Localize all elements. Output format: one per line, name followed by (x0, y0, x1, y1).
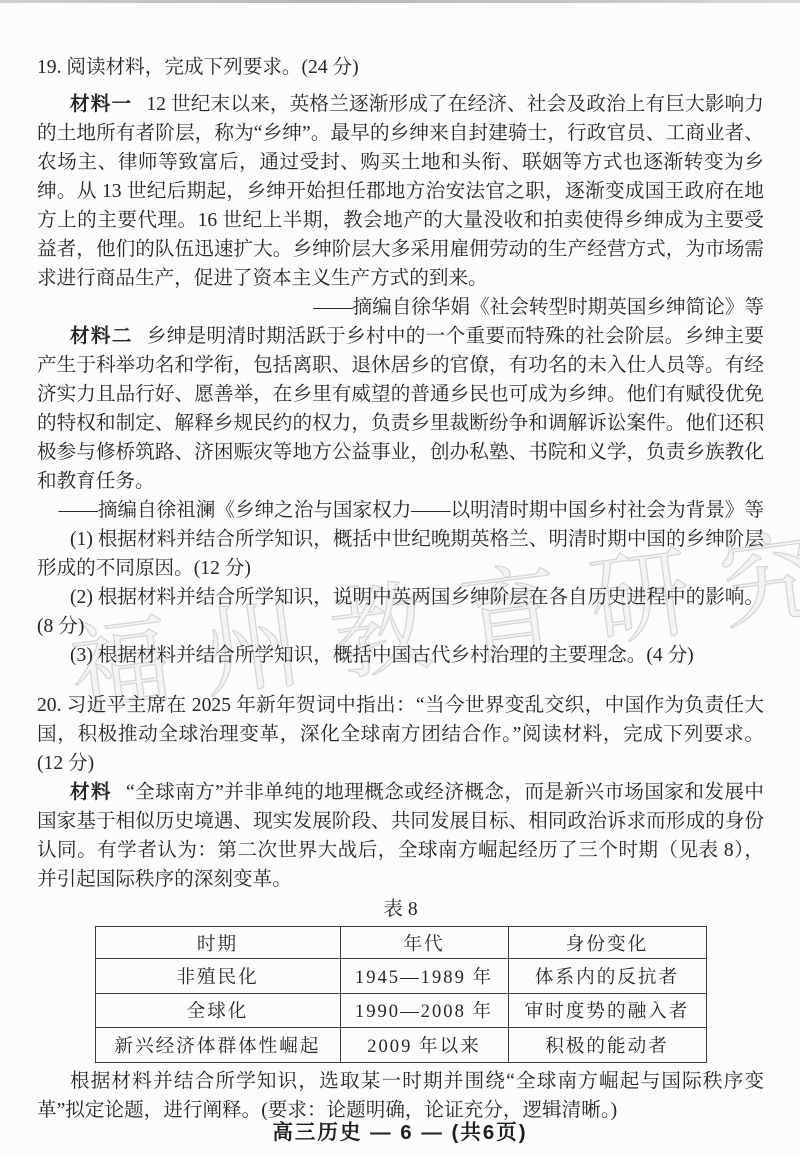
table-row: 新兴经济体群体性崛起 2009 年以来 积极的能动者 (95, 1028, 706, 1063)
page-content: 19. 阅读材料，完成下列要求。(24 分) 材料一12 世纪末以来，英格兰逐渐… (37, 53, 764, 1125)
periods-table: 时期 年代 身份变化 非殖民化 1945—1989 年 体系内的反抗者 全球化 … (95, 926, 707, 1063)
question-19-heading: 19. 阅读材料，完成下列要求。(24 分) (37, 53, 764, 82)
table-cell: 积极的能动者 (508, 1028, 706, 1063)
table-cell: 非殖民化 (95, 959, 340, 994)
page-footer: 高三历史 — 6 — (共6页) (0, 1115, 800, 1145)
question-19-sub-1: (1) 根据材料并结合所学知识，概括中世纪晚期英格兰、明清时期中国的乡绅阶层形成… (37, 525, 764, 583)
table-caption: 表 8 (37, 897, 764, 923)
material-2-text: 乡绅是明清时期活跃于乡村中的一个重要而特殊的社会阶层。乡绅主要产生于科举功名和学… (37, 326, 764, 492)
material-text: “全球南方”并非单纯的地理概念或经济概念，而是新兴市场国家和发展中国家基于相似历… (37, 782, 764, 890)
table-header-period: 时期 (95, 927, 340, 959)
material-2-attribution: ——摘编自徐祖澜《乡绅之治与国家权力——以明清时期中国乡村社会为背景》等 (37, 496, 764, 525)
table-cell: 审时度势的融入者 (508, 993, 706, 1028)
material-paragraph: 材料“全球南方”并非单纯的地理概念或经济概念，而是新兴市场国家和发展中国家基于相… (37, 778, 764, 894)
material-1-paragraph: 材料一12 世纪末以来，英格兰逐渐形成了在经济、社会及政治上有巨大影响力的土地所… (37, 90, 764, 293)
table-header-row: 时期 年代 身份变化 (95, 927, 706, 959)
material-1-label: 材料一 (70, 93, 132, 115)
table-row: 非殖民化 1945—1989 年 体系内的反抗者 (95, 959, 706, 994)
table-cell: 1945—1989 年 (340, 959, 508, 994)
table-cell: 新兴经济体群体性崛起 (95, 1028, 340, 1063)
question-19-sub-2: (2) 根据材料并结合所学知识，说明中英两国乡绅阶层在各自历史进程中的影响。(8… (37, 583, 764, 641)
scan-edge-artifact (0, 0, 800, 3)
table-header-era: 年代 (340, 927, 508, 959)
material-1-text: 12 世纪末以来，英格兰逐渐形成了在经济、社会及政治上有巨大影响力的土地所有者阶… (37, 94, 764, 289)
material-2-paragraph: 材料二乡绅是明清时期活跃于乡村中的一个重要而特殊的社会阶层。乡绅主要产生于科举功… (37, 322, 764, 496)
question-19-sub-3: (3) 根据材料并结合所学知识，概括中国古代乡村治理的主要理念。(4 分) (37, 641, 764, 670)
material-label: 材料 (70, 781, 112, 803)
table-cell: 1990—2008 年 (340, 993, 508, 1028)
question-20: 20. 习近平主席在 2025 年新年贺词中指出：“当今世界变乱交织，中国作为负… (37, 691, 764, 1125)
table-cell: 全球化 (95, 993, 340, 1028)
material-1-attribution: ——摘编自徐华娟《社会转型时期英国乡绅简论》等 (37, 293, 764, 322)
material-2-label: 材料二 (70, 325, 133, 347)
table-header-identity: 身份变化 (508, 927, 706, 959)
table-cell: 体系内的反抗者 (508, 959, 706, 994)
question-20-heading: 20. 习近平主席在 2025 年新年贺词中指出：“当今世界变乱交织，中国作为负… (37, 691, 764, 778)
table-row: 全球化 1990—2008 年 审时度势的融入者 (95, 993, 706, 1028)
exam-page: 福州教育研究院 19. 阅读材料，完成下列要求。(24 分) 材料一12 世纪末… (0, 0, 800, 1156)
table-cell: 2009 年以来 (340, 1028, 508, 1063)
question-19: 19. 阅读材料，完成下列要求。(24 分) 材料一12 世纪末以来，英格兰逐渐… (37, 53, 764, 670)
